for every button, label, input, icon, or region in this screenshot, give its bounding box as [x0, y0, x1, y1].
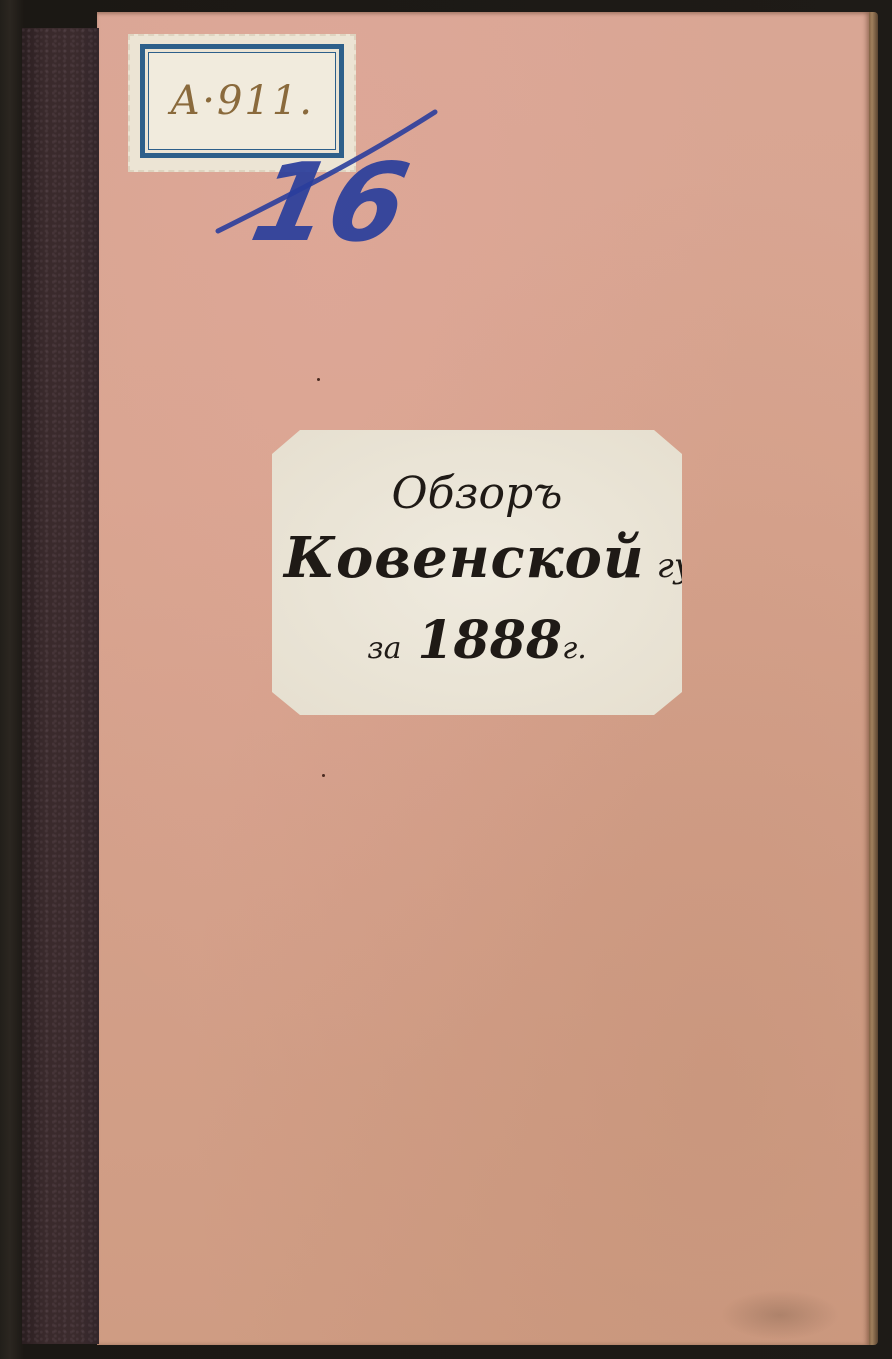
cover-board-edge: [868, 12, 878, 1345]
year-suffix: г.: [562, 631, 587, 666]
year-prefix: за: [367, 631, 401, 666]
water-stain: [720, 1290, 840, 1340]
title-line-year: за 1888г.: [272, 610, 682, 671]
title-label: Обзоръ Ковенскойгуберн. за 1888г.: [272, 430, 682, 715]
cloth-spine: [22, 28, 99, 1344]
paper-speck: [317, 378, 320, 381]
province-name: Ковенской: [284, 525, 645, 591]
title-line-review: Обзоръ: [272, 468, 682, 519]
title-line-province: Ковенскойгуберн.: [284, 525, 694, 591]
pencil-number: 16: [244, 150, 417, 258]
year-value: 1888: [417, 610, 562, 671]
paper-speck: [322, 774, 325, 777]
